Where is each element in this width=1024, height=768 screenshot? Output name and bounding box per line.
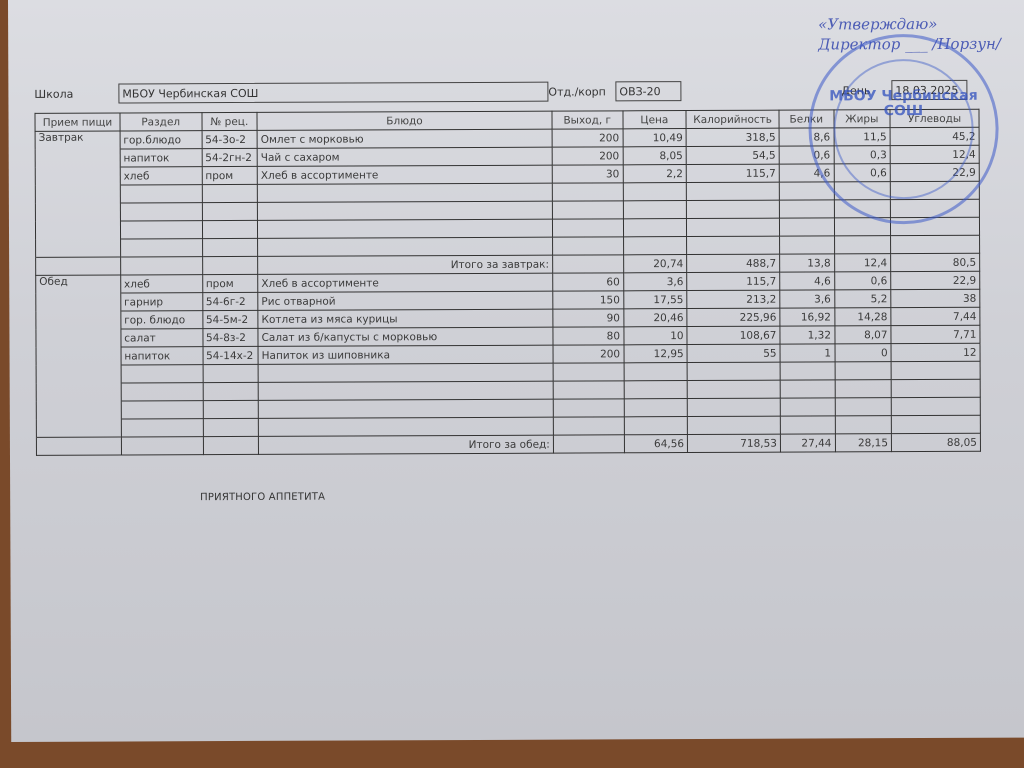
cell-yield bbox=[553, 381, 624, 399]
cell-yield bbox=[553, 399, 624, 417]
cell-recipe bbox=[202, 256, 258, 274]
cell-yield: 30 bbox=[552, 165, 623, 183]
cell-section bbox=[121, 419, 203, 437]
meal-cell bbox=[35, 167, 120, 185]
cell-recipe: 54-2гн-2 bbox=[202, 148, 258, 166]
cell-price: 17,55 bbox=[623, 291, 687, 309]
cell-section: напиток bbox=[120, 149, 202, 167]
cell-section bbox=[121, 401, 203, 419]
cell-yield bbox=[552, 255, 623, 273]
cell-carbs bbox=[891, 379, 980, 397]
column-header: Выход, г bbox=[552, 111, 623, 129]
column-header: Прием пищи bbox=[35, 113, 120, 131]
meal-cell: Завтрак bbox=[35, 131, 120, 149]
cell-section: хлеб bbox=[120, 275, 202, 293]
cell-fat: 0,6 bbox=[834, 272, 891, 290]
cell-kcal: 225,96 bbox=[687, 308, 780, 326]
lunch-total-row: Итого за обед:64,56718,5327,4428,1588,05 bbox=[36, 433, 980, 455]
cell-yield: 60 bbox=[553, 273, 624, 291]
cell-price: 12,95 bbox=[624, 345, 688, 363]
cell-yield bbox=[552, 219, 623, 237]
cell-dish bbox=[258, 363, 553, 382]
cell-price: 2,2 bbox=[623, 165, 687, 183]
cell-price bbox=[623, 219, 687, 237]
cell-dish bbox=[258, 399, 553, 418]
column-header: Жиры bbox=[834, 110, 891, 128]
column-header: Калорийность bbox=[686, 110, 779, 128]
cell-protein: 1,32 bbox=[780, 326, 835, 344]
total-carbs: 80,5 bbox=[891, 253, 980, 271]
cell-recipe: 54-3о-2 bbox=[202, 130, 258, 148]
cell-section bbox=[121, 383, 203, 401]
column-header: Цена bbox=[623, 111, 687, 129]
meal-cell bbox=[36, 311, 121, 329]
meal-cell bbox=[36, 437, 121, 455]
school-field: МБОУ Чербинская СОШ bbox=[118, 82, 548, 104]
cell-carbs: 7,44 bbox=[891, 307, 980, 325]
cell-carbs bbox=[890, 181, 979, 199]
meal-cell bbox=[36, 365, 121, 383]
column-header: Белки bbox=[779, 110, 834, 128]
cell-recipe bbox=[203, 400, 259, 418]
cell-price: 3,6 bbox=[623, 273, 687, 291]
meal-cell bbox=[36, 329, 121, 347]
cell-section bbox=[120, 239, 202, 257]
meal-cell: Обед bbox=[36, 275, 121, 293]
cell-recipe bbox=[202, 220, 258, 238]
cell-kcal: 55 bbox=[687, 344, 780, 362]
column-header: Блюдо bbox=[257, 111, 552, 130]
cell-dish: Котлета из мяса курицы bbox=[258, 309, 553, 328]
cell-section: гор.блюдо bbox=[120, 131, 202, 149]
cell-yield bbox=[553, 363, 624, 381]
cell-carbs: 12,4 bbox=[890, 145, 979, 163]
meal-cell bbox=[35, 185, 120, 203]
total-label: Итого за завтрак: bbox=[258, 255, 553, 274]
cell-kcal: 115,7 bbox=[687, 272, 780, 290]
dept-field: ОВЗ-20 bbox=[615, 81, 681, 101]
total-price: 20,74 bbox=[623, 255, 687, 273]
cell-dish: Салат из б/капусты с морковью bbox=[258, 327, 553, 346]
meal-cell bbox=[36, 257, 121, 275]
meal-cell bbox=[36, 239, 121, 257]
total-carbs: 88,05 bbox=[891, 433, 980, 451]
cell-protein: 4,6 bbox=[779, 164, 834, 182]
cell-kcal bbox=[687, 398, 780, 416]
cell-carbs: 38 bbox=[891, 289, 980, 307]
cell-price bbox=[624, 417, 688, 435]
cell-kcal: 213,2 bbox=[687, 290, 780, 308]
cell-protein bbox=[780, 380, 835, 398]
cell-kcal bbox=[686, 182, 779, 200]
cell-fat: 0,6 bbox=[834, 164, 891, 182]
cell-protein bbox=[780, 362, 835, 380]
cell-price: 20,46 bbox=[623, 309, 687, 327]
day-field: 18.03.2025 bbox=[891, 80, 967, 100]
cell-yield: 90 bbox=[553, 309, 624, 327]
cell-fat: 0 bbox=[835, 344, 892, 362]
total-kcal: 718,53 bbox=[688, 434, 781, 452]
cell-fat bbox=[835, 416, 892, 434]
cell-yield: 80 bbox=[553, 327, 624, 345]
cell-kcal bbox=[687, 236, 780, 254]
cell-recipe: пром bbox=[202, 166, 258, 184]
cell-protein: 0,6 bbox=[779, 146, 834, 164]
total-price: 64,56 bbox=[624, 435, 688, 453]
cell-price: 10 bbox=[623, 327, 687, 345]
cell-price bbox=[624, 381, 688, 399]
cell-price bbox=[624, 363, 688, 381]
cell-carbs bbox=[891, 415, 980, 433]
total-kcal: 488,7 bbox=[687, 254, 780, 272]
cell-yield: 150 bbox=[553, 291, 624, 309]
cell-fat bbox=[834, 182, 891, 200]
column-header: № рец. bbox=[202, 112, 258, 130]
cell-recipe: 54-6г-2 bbox=[202, 292, 258, 310]
dept-label: Отд./корп bbox=[548, 85, 605, 98]
cell-dish bbox=[257, 201, 552, 220]
column-header: Углеводы bbox=[890, 109, 979, 127]
cell-kcal bbox=[687, 416, 780, 434]
cell-fat: 0,3 bbox=[834, 146, 891, 164]
approval-line-1: «Утверждаю» bbox=[818, 14, 1001, 35]
cell-dish: Чай с сахаром bbox=[257, 147, 552, 166]
cell-section bbox=[121, 437, 203, 455]
approval-signature: «Утверждаю» Директор ___ /Норзун/ bbox=[818, 14, 1001, 55]
cell-yield: 200 bbox=[553, 345, 624, 363]
footer-wish: ПРИЯТНОГО АППЕТИТА bbox=[200, 492, 325, 504]
cell-section bbox=[120, 257, 202, 275]
cell-dish: Рис отварной bbox=[258, 291, 553, 310]
cell-protein bbox=[779, 218, 834, 236]
cell-kcal bbox=[687, 218, 780, 236]
cell-dish: Напиток из шиповника bbox=[258, 345, 553, 364]
cell-kcal: 54,5 bbox=[686, 146, 779, 164]
cell-carbs: 12 bbox=[891, 343, 980, 361]
cell-recipe bbox=[203, 436, 259, 454]
meal-cell bbox=[36, 419, 121, 437]
cell-section bbox=[121, 365, 203, 383]
cell-protein bbox=[780, 236, 835, 254]
column-header: Раздел bbox=[120, 113, 202, 131]
cell-recipe bbox=[203, 364, 259, 382]
cell-yield bbox=[553, 417, 624, 435]
cell-dish: Хлеб в ассортименте bbox=[258, 273, 553, 292]
cell-price: 10,49 bbox=[623, 129, 687, 147]
cell-carbs bbox=[890, 199, 979, 217]
cell-protein bbox=[779, 200, 834, 218]
cell-yield: 200 bbox=[552, 147, 623, 165]
cell-fat bbox=[834, 218, 891, 236]
cell-recipe: 54-14х-2 bbox=[203, 346, 259, 364]
cell-recipe: 54-5м-2 bbox=[202, 310, 258, 328]
cell-protein: 1 bbox=[780, 344, 835, 362]
cell-carbs bbox=[891, 235, 980, 253]
cell-yield: 200 bbox=[552, 129, 623, 147]
cell-fat: 5,2 bbox=[834, 290, 891, 308]
cell-kcal bbox=[687, 362, 780, 380]
cell-recipe: пром bbox=[202, 274, 258, 292]
meal-cell bbox=[36, 347, 121, 365]
cell-recipe bbox=[202, 202, 258, 220]
meal-cell bbox=[35, 149, 120, 167]
cell-carbs bbox=[891, 361, 980, 379]
cell-fat bbox=[835, 398, 892, 416]
cell-yield bbox=[552, 237, 623, 255]
cell-protein bbox=[780, 416, 835, 434]
cell-dish: Омлет с морковью bbox=[257, 129, 552, 148]
total-protein: 27,44 bbox=[780, 434, 835, 452]
cell-price: 8,05 bbox=[623, 147, 687, 165]
cell-kcal bbox=[687, 380, 780, 398]
cell-carbs bbox=[891, 217, 980, 235]
cell-fat bbox=[835, 362, 892, 380]
menu-table: Прием пищиРаздел№ рец.БлюдоВыход, гЦенаК… bbox=[34, 109, 980, 456]
cell-section: напиток bbox=[121, 347, 203, 365]
cell-protein bbox=[780, 398, 835, 416]
school-label: Школа bbox=[34, 88, 73, 101]
cell-recipe: 54-8з-2 bbox=[202, 328, 258, 346]
cell-yield bbox=[552, 201, 623, 219]
cell-section: гор. блюдо bbox=[121, 311, 203, 329]
cell-fat bbox=[834, 236, 891, 254]
cell-carbs: 22,9 bbox=[891, 271, 980, 289]
menu-sheet: Школа МБОУ Чербинская СОШ Отд./корп ОВЗ-… bbox=[8, 0, 1024, 742]
total-fat: 12,4 bbox=[834, 254, 891, 272]
cell-recipe bbox=[203, 382, 259, 400]
cell-section: салат bbox=[121, 329, 203, 347]
cell-dish: Хлеб в ассортименте bbox=[257, 165, 552, 184]
meal-cell bbox=[36, 401, 121, 419]
meal-cell bbox=[36, 293, 121, 311]
meal-cell bbox=[35, 203, 120, 221]
cell-fat bbox=[834, 200, 891, 218]
cell-yield bbox=[552, 183, 623, 201]
total-fat: 28,15 bbox=[835, 434, 892, 452]
cell-dish bbox=[257, 183, 552, 202]
cell-fat bbox=[835, 380, 892, 398]
cell-section: гарнир bbox=[121, 293, 203, 311]
cell-protein: 4,6 bbox=[780, 272, 835, 290]
cell-price bbox=[623, 201, 687, 219]
day-label: День bbox=[841, 84, 870, 97]
meal-cell bbox=[35, 221, 120, 239]
total-label: Итого за обед: bbox=[258, 435, 553, 454]
cell-kcal: 115,7 bbox=[686, 164, 779, 182]
cell-section bbox=[120, 203, 202, 221]
cell-protein: 16,92 bbox=[780, 308, 835, 326]
cell-recipe bbox=[202, 238, 258, 256]
cell-carbs: 45,2 bbox=[890, 127, 979, 145]
cell-recipe bbox=[203, 418, 259, 436]
cell-fat: 11,5 bbox=[834, 128, 891, 146]
cell-section bbox=[120, 221, 202, 239]
cell-carbs: 7,71 bbox=[891, 325, 980, 343]
cell-section: хлеб bbox=[120, 167, 202, 185]
cell-price bbox=[623, 237, 687, 255]
cell-protein: 3,6 bbox=[780, 290, 835, 308]
cell-yield bbox=[553, 435, 624, 453]
meal-cell bbox=[36, 383, 121, 401]
cell-carbs: 22,9 bbox=[890, 163, 979, 181]
approval-line-2: Директор ___ /Норзун/ bbox=[818, 34, 1001, 55]
cell-fat: 8,07 bbox=[834, 326, 891, 344]
cell-dish bbox=[258, 381, 553, 400]
cell-kcal: 318,5 bbox=[686, 128, 779, 146]
cell-kcal bbox=[687, 200, 780, 218]
cell-recipe bbox=[202, 184, 258, 202]
cell-dish bbox=[258, 237, 553, 256]
cell-kcal: 108,67 bbox=[687, 326, 780, 344]
cell-protein: 8,6 bbox=[779, 128, 834, 146]
cell-dish bbox=[258, 219, 553, 238]
cell-protein bbox=[779, 182, 834, 200]
total-protein: 13,8 bbox=[780, 254, 835, 272]
cell-carbs bbox=[891, 397, 980, 415]
cell-dish bbox=[258, 417, 553, 436]
cell-fat: 14,28 bbox=[834, 308, 891, 326]
cell-price bbox=[623, 183, 687, 201]
cell-price bbox=[624, 399, 688, 417]
cell-section bbox=[120, 185, 202, 203]
